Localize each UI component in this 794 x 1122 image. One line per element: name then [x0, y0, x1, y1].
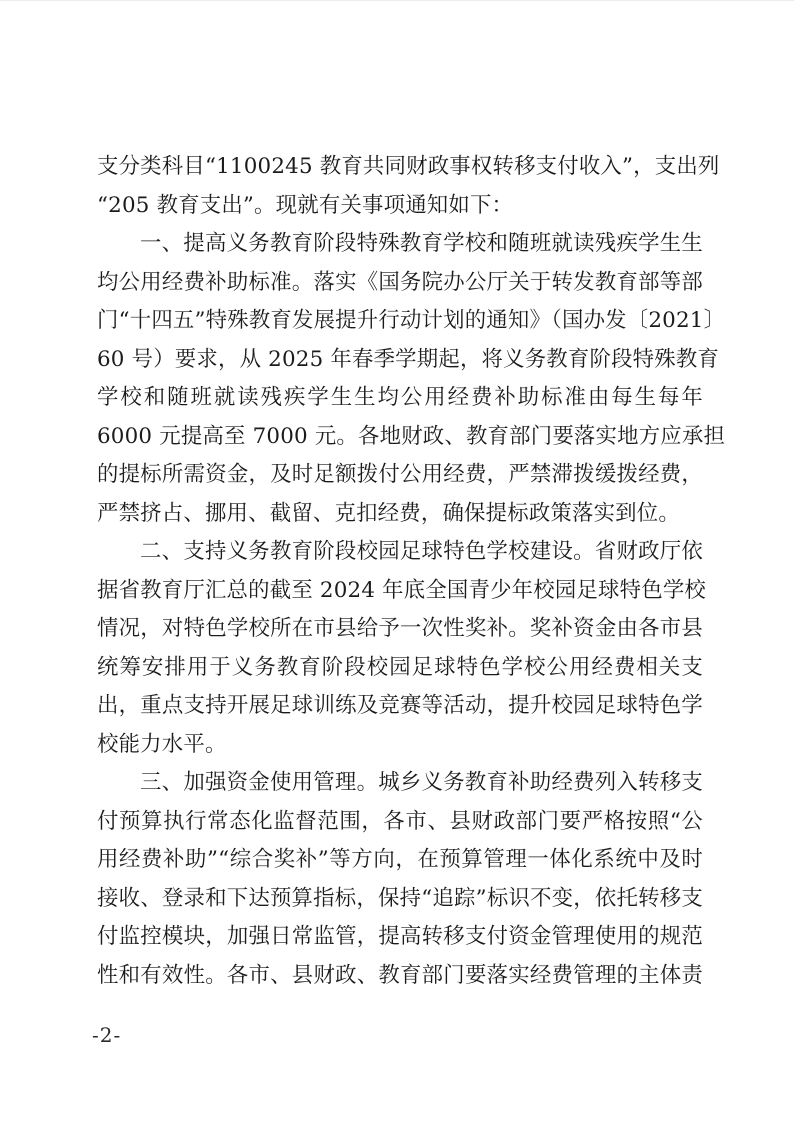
text-line: 情况，对特色学校所在市县给予一次性奖补。奖补资金由各市县 — [97, 610, 703, 649]
text-line: 性和有效性。各市、县财政、教育部门要落实经费管理的主体责 — [97, 957, 703, 996]
text-line: 门“十四五”特殊教育发展提升行动计划的通知》（国办发〔2021〕 — [97, 302, 703, 341]
document-page: 支分类科目“1100245 教育共同财政事权转移支付收入”，支出列“205 教育… — [0, 0, 794, 1122]
page-number: -2- — [92, 1023, 121, 1047]
text-line: 的提标所需资金，及时足额拨付公用经费，严禁滞拨缓拨经费， — [97, 456, 703, 495]
text-line: 6000 元提高至 7000 元。各地财政、教育部门要落实地方应承担 — [97, 418, 703, 457]
text-line: 均公用经费补助标准。落实《国务院办公厅关于转发教育部等部 — [97, 264, 703, 303]
text-line: 60 号）要求，从 2025 年春季学期起，将义务教育阶段特殊教育 — [97, 341, 703, 380]
text-line: “205 教育支出”。现就有关事项通知如下： — [97, 187, 703, 226]
text-line: 据省教育厅汇总的截至 2024 年底全国青少年校园足球特色学校 — [97, 572, 703, 611]
text-line: 接收、登录和下达预算指标，保持“追踪”标识不变，依托转移支 — [97, 880, 703, 919]
text-line: 学校和随班就读残疾学生生均公用经费补助标准由每生每年 — [97, 379, 703, 418]
text-line: 三、加强资金使用管理。城乡义务教育补助经费列入转移支 — [97, 764, 703, 803]
text-line: 二、支持义务教育阶段校园足球特色学校建设。省财政厅依 — [97, 533, 703, 572]
text-line: 用经费补助”“综合奖补”等方向，在预算管理一体化系统中及时 — [97, 841, 703, 880]
text-line: 付预算执行常态化监督范围，各市、县财政部门要严格按照“公 — [97, 803, 703, 842]
text-line: 支分类科目“1100245 教育共同财政事权转移支付收入”，支出列 — [97, 148, 703, 187]
text-line: 校能力水平。 — [97, 726, 703, 765]
text-line: 付监控模块，加强日常监管，提高转移支付资金管理使用的规范 — [97, 918, 703, 957]
text-line: 一、提高义务教育阶段特殊教育学校和随班就读残疾学生生 — [97, 225, 703, 264]
text-line: 统筹安排用于义务教育阶段校园足球特色学校公用经费相关支 — [97, 649, 703, 688]
text-line: 严禁挤占、挪用、截留、克扣经费，确保提标政策落实到位。 — [97, 495, 703, 534]
document-body: 支分类科目“1100245 教育共同财政事权转移支付收入”，支出列“205 教育… — [97, 148, 703, 995]
text-line: 出，重点支持开展足球训练及竞赛等活动，提升校园足球特色学 — [97, 687, 703, 726]
